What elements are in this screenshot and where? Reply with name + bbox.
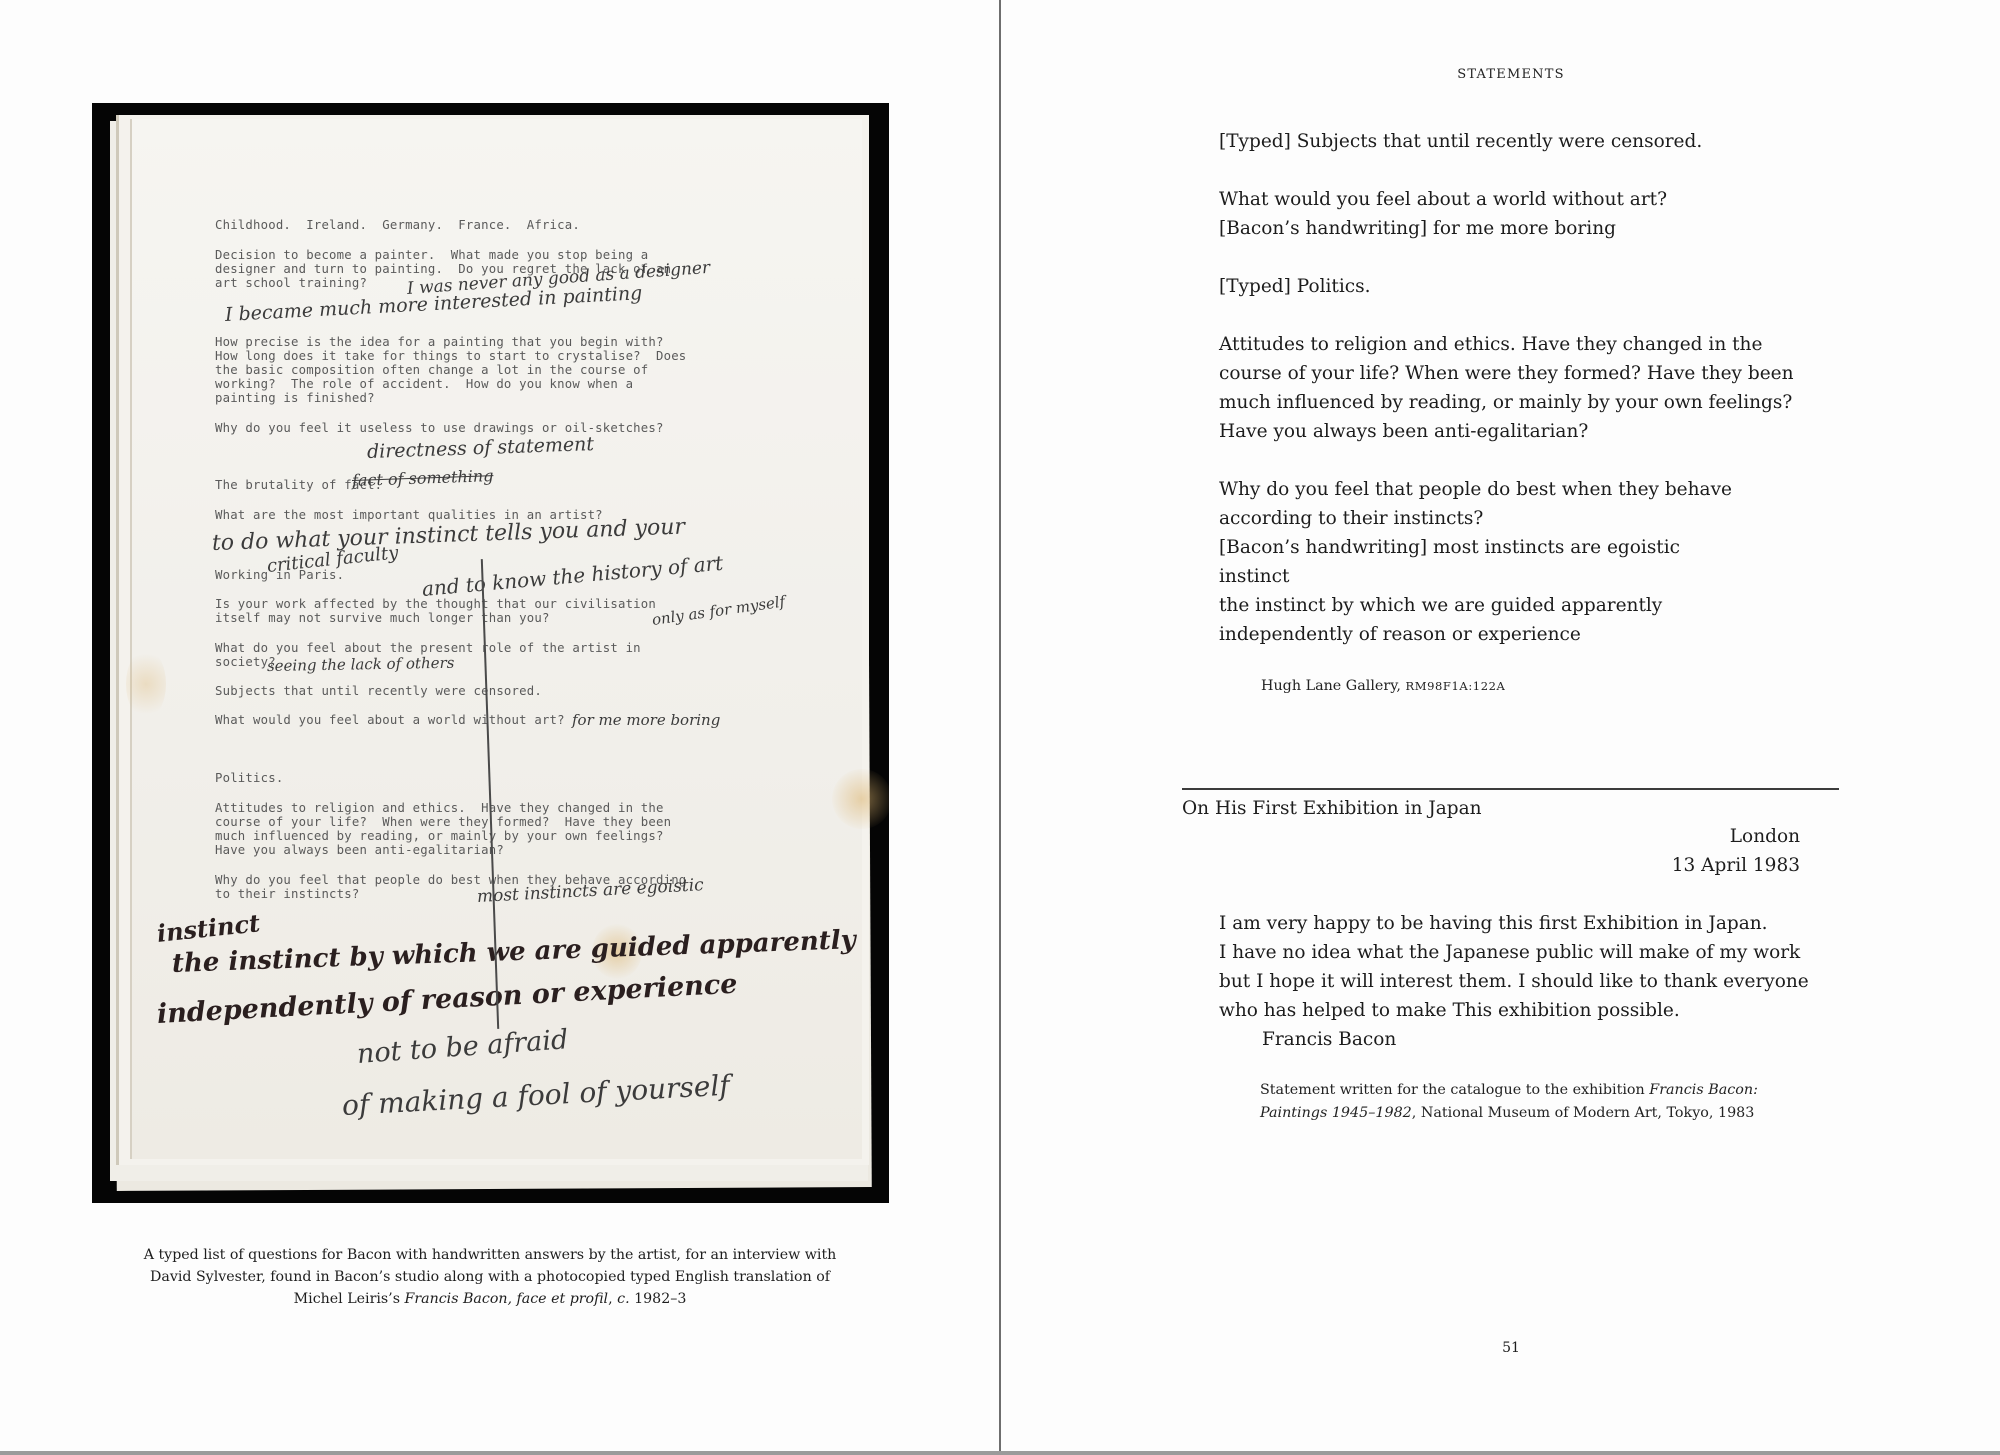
text-line: I have no idea what the Japanese public …: [1219, 938, 1809, 967]
text-line: Why do you feel that people do best when…: [1219, 475, 1794, 504]
letter-date: 13 April 1983: [1672, 851, 1800, 880]
handwritten-note: not to be afraid: [356, 1024, 569, 1070]
caption-line: David Sylvester, found in Bacon’s studio…: [130, 1266, 850, 1288]
note-line: Statement written for the catalogue to t…: [1260, 1079, 1758, 1102]
book-title: Francis Bacon, face et profil: [405, 1291, 609, 1307]
caption-text: Michel Leiris’s: [294, 1291, 405, 1307]
typed-line: Subjects that until recently were censor…: [215, 684, 542, 699]
note-line: Paintings 1945–1982, National Museum of …: [1260, 1102, 1758, 1125]
text-line: according to their instincts?: [1219, 504, 1794, 533]
caption-line: Michel Leiris’s Francis Bacon, face et p…: [130, 1288, 850, 1310]
handwritten-note: independently of reason or experience: [156, 969, 738, 1030]
note-text: Statement written for the catalogue to t…: [1260, 1082, 1649, 1098]
caption-text: ,: [608, 1291, 617, 1307]
signature: Francis Bacon: [1219, 1025, 1809, 1054]
typed-line: much influenced by reading, or mainly by…: [215, 829, 664, 844]
running-head: STATEMENTS: [1001, 67, 2000, 82]
book-spread: Childhood. Ireland. Germany. France. Afr…: [0, 0, 2000, 1455]
text-line: instinct: [1219, 562, 1794, 591]
statement-text: [Typed] Subjects that until recently wer…: [1219, 127, 1794, 649]
source-note: Statement written for the catalogue to t…: [1260, 1079, 1758, 1125]
handwritten-note: of making a fool of yourself: [341, 1069, 730, 1122]
caption-line: A typed list of questions for Bacon with…: [130, 1244, 850, 1266]
stain: [832, 769, 889, 829]
text-line: who has helped to make This exhibition p…: [1219, 996, 1809, 1025]
stain: [126, 649, 166, 719]
source-credit: Hugh Lane Gallery, RM98F1A:122A: [1261, 678, 1505, 694]
text-line: Attitudes to religion and ethics. Have t…: [1219, 330, 1794, 359]
text-line: [Typed] Politics.: [1219, 272, 1794, 301]
page-bottom-edge: [0, 1451, 2000, 1455]
text-line: the instinct by which we are guided appa…: [1219, 591, 1794, 620]
typed-line: painting is finished?: [215, 391, 375, 406]
typed-line: to their instincts?: [215, 887, 359, 902]
text-line: much influenced by reading, or mainly by…: [1219, 388, 1794, 417]
handwritten-note: seeing the lack of others: [267, 654, 455, 675]
typed-line: What would you feel about a world withou…: [215, 713, 565, 728]
exhibition-title: Paintings 1945–1982: [1260, 1105, 1412, 1121]
note-text: , National Museum of Modern Art, Tokyo, …: [1412, 1105, 1755, 1121]
circa: c.: [617, 1291, 629, 1307]
handwritten-note: and to know the history of art: [421, 551, 724, 601]
text-line: course of your life? When were they form…: [1219, 359, 1794, 388]
typed-line: Have you always been anti-egalitarian?: [215, 843, 504, 858]
text-line: What would you feel about a world withou…: [1219, 185, 1794, 214]
typed-line: itself may not survive much longer than …: [215, 611, 550, 626]
left-page: Childhood. Ireland. Germany. France. Afr…: [0, 0, 999, 1455]
letter-body: I am very happy to be having this first …: [1219, 909, 1809, 1054]
exhibition-title: Francis Bacon:: [1649, 1082, 1758, 1098]
handwritten-note: the instinct by which we are guided appa…: [171, 925, 856, 979]
typed-questionnaire-sheet: Childhood. Ireland. Germany. France. Afr…: [132, 119, 862, 1159]
typed-line: Childhood. Ireland. Germany. France. Afr…: [215, 218, 580, 233]
typed-line: How long does it take for things to star…: [215, 349, 686, 364]
credit-reference: RM98F1A:122A: [1405, 679, 1505, 693]
typed-line: course of your life? When were they form…: [215, 815, 671, 830]
handwritten-note: instinct: [155, 908, 261, 948]
section-divider: [1182, 788, 1839, 790]
text-line: Have you always been anti-egalitarian?: [1219, 417, 1794, 446]
typed-line: Why do you feel it useless to use drawin…: [215, 421, 664, 436]
caption-date: 1982–3: [630, 1291, 687, 1307]
typed-line: art school training?: [215, 276, 367, 291]
typed-line: Attitudes to religion and ethics. Have t…: [215, 801, 664, 816]
text-line: independently of reason or experience: [1219, 620, 1794, 649]
page-number: 51: [1001, 1340, 2000, 1356]
typed-line: the basic composition often change a lot…: [215, 363, 648, 378]
handwritten-note: fact of something: [352, 466, 494, 490]
text-line: [Bacon’s handwriting] for me more boring: [1219, 214, 1794, 243]
typed-line: Decision to become a painter. What made …: [215, 248, 648, 263]
credit-institution: Hugh Lane Gallery,: [1261, 678, 1405, 694]
text-line: but I hope it will interest them. I shou…: [1219, 967, 1809, 996]
typed-line: How precise is the idea for a painting t…: [215, 335, 664, 350]
letter-place: London: [1672, 822, 1800, 851]
letter-dateline: London 13 April 1983: [1672, 822, 1800, 880]
typed-line: working? The role of accident. How do yo…: [215, 377, 633, 392]
typed-line: Politics.: [215, 771, 283, 786]
handwritten-note: directness of statement: [367, 433, 595, 463]
handwritten-note: only as for myself: [651, 592, 786, 629]
archive-photo: Childhood. Ireland. Germany. France. Afr…: [92, 103, 889, 1203]
handwritten-note: for me more boring: [572, 711, 720, 729]
text-line: [Typed] Subjects that until recently wer…: [1219, 127, 1794, 156]
right-page: STATEMENTS [Typed] Subjects that until r…: [1001, 0, 2000, 1455]
text-line: I am very happy to be having this first …: [1219, 909, 1809, 938]
section-title: On His First Exhibition in Japan: [1182, 794, 1482, 823]
figure-caption: A typed list of questions for Bacon with…: [130, 1244, 850, 1310]
text-line: [Bacon’s handwriting] most instincts are…: [1219, 533, 1794, 562]
